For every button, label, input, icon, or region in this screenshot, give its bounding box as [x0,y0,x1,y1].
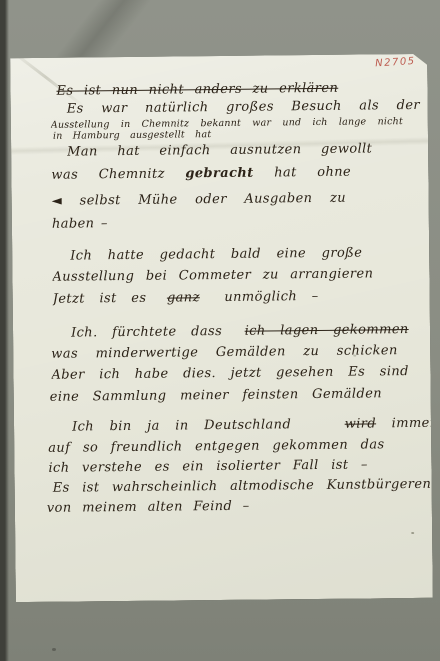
letter-text: immer [376,416,431,432]
struck-text: ich lagen gekommen [245,322,409,339]
photo-backdrop: N2705 Es ist nun nicht anders zu erkläre… [0,0,440,661]
letter-text: unmöglich – [210,289,319,305]
letter-line: Es ist nun nicht anders zu erklären [56,80,427,100]
letter-line: Man hat einfach ausnutzen gewollt [67,141,428,161]
letter-line: Aber ich habe dies. jetzt gesehen Es sin… [51,364,430,384]
paper-speck [411,532,414,534]
letter-text: auf so freundlich entgegen gekommen das [48,437,384,456]
letter-line: ◄ selbst Mühe oder Ausgaben zu [52,190,429,210]
letter-text: Man hat einfach ausnutzen gewollt [67,141,372,159]
letter-text: hat ohne [254,165,352,181]
letter-line: was minderwertige Gemälden zu schicken [51,343,430,363]
letter-text: in Hamburg ausgestellt hat [53,129,211,142]
letter-text: Ich. fürchtete dass [71,324,237,341]
backdrop-left-shadow [0,0,9,661]
letter-text: Jetzt ist es [53,291,161,307]
letter-text: Ich bin ja in Deutschland [72,417,307,434]
letter-line: Jetzt ist es ganz unmöglich – [53,288,430,308]
letter-line: Ich. fürchtete dass ich lagen gekommen [71,322,430,342]
letter-text: was Chemnitz [51,166,185,182]
letter-line: Ich hatte gedacht bald eine große [70,245,429,265]
struck-text: wird [345,416,377,431]
letter-line: ich verstehe es ein isolierter Fall ist … [48,457,431,477]
letter-text: Es ist wahrscheinlich altmodische Kunstb… [53,477,432,496]
letter-text: Ausstellung bei Commeter zu arrangieren [52,266,373,284]
letter-line: eine Sammlung meiner feinsten Gemälden [50,386,431,406]
manuscript-page: N2705 Es ist nun nicht anders zu erkläre… [10,54,433,602]
letter-text: was minderwertige Gemälden zu schicken [51,343,398,362]
letter-text: Es war natürlich großes Besuch als der [67,98,420,117]
letter-text: Ich hatte gedacht bald eine große [70,246,362,264]
struck-text: Es ist nun nicht anders zu erklären [56,81,338,99]
letter-text: ◄ selbst Mühe oder Ausgaben zu [52,191,346,209]
letter-line: auf so freundlich entgegen gekommen das [48,437,431,457]
letter-text: gebracht [185,166,253,182]
letter-line: von meinem alten Feind – [47,497,432,517]
letter-text: ich verstehe es ein isolierter Fall ist … [48,457,368,475]
backdrop-speck [52,648,56,651]
letter-line: Es war natürlich großes Besuch als der [67,98,428,118]
letter-body: Es ist nun nicht anders zu erklärenEs wa… [10,54,432,517]
letter-text: haben – [52,216,108,232]
letter-text: eine Sammlung meiner feinsten Gemälden [50,386,382,404]
letter-line: was Chemnitz gebracht hat ohne [51,164,428,184]
letter-text: von meinem alten Feind – [47,499,250,516]
letter-text: Aber ich habe dies. jetzt gesehen Es sin… [51,364,409,383]
letter-line: Es ist wahrscheinlich altmodische Kunstb… [53,477,432,497]
letter-line: haben – [52,213,429,233]
struck-text: ganz [167,290,200,305]
letter-line: Ich bin ja in Deutschland wird immer [72,416,431,436]
letter-line: Ausstellung bei Commeter zu arrangieren [52,266,429,286]
